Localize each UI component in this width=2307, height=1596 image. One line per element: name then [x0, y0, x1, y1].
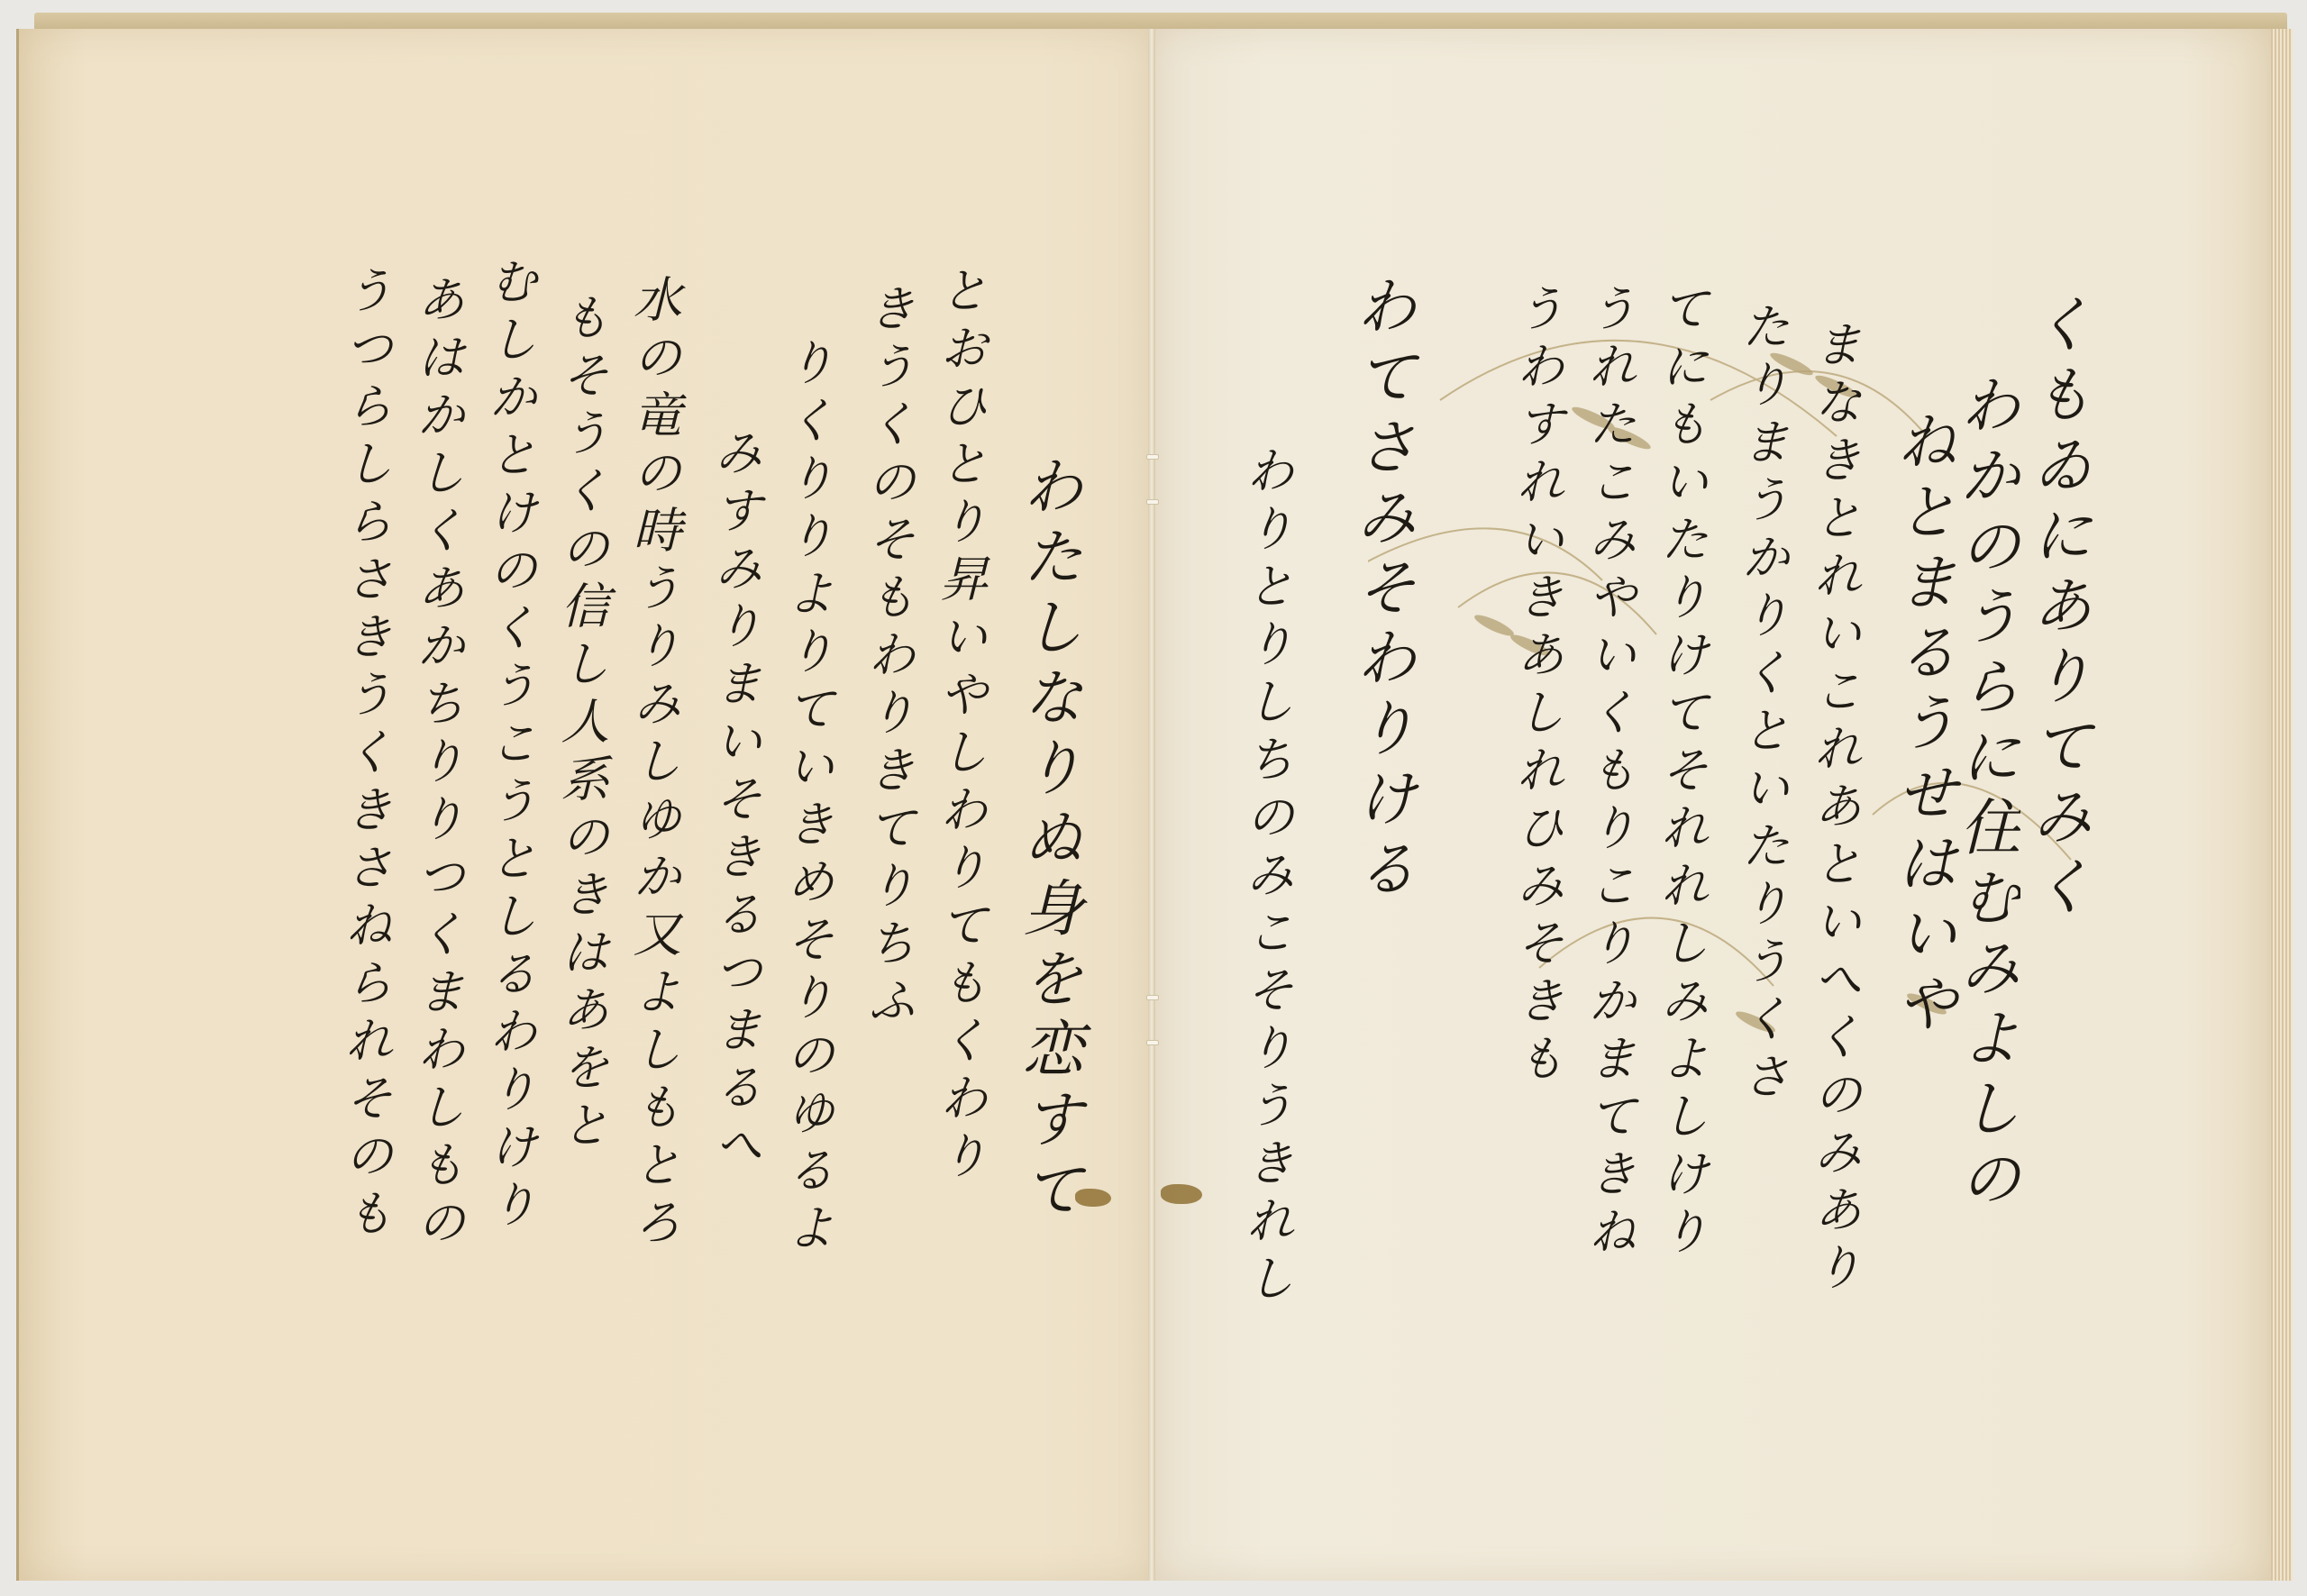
text-column: うつらしらさきうくきさねられそのも [341, 265, 389, 1245]
book-gutter [1148, 29, 1155, 1581]
text-column: りくりりよりていきめそりのゆるよ [782, 337, 831, 1260]
text-column: てにもいたりけてそれれしみよしけり [1656, 283, 1705, 1263]
text-column: わりとりしちのみこそりうきれし [1242, 445, 1290, 1310]
text-column: むしかとけのくうこうとしるわりけり [485, 256, 533, 1236]
text-column: もそうくの信し人系のきはあをと [557, 292, 606, 1157]
text-column: まなきとれいこれあといへくのみあり [1810, 319, 1858, 1300]
binding-stitch [1146, 499, 1159, 505]
text-column: うれたこみやいくもりこりかまてきね [1584, 283, 1633, 1263]
text-column: 水の竜の時うりみしゆか又よしもとろ [629, 274, 678, 1254]
text-column: とおひとり昇いやしわりてもくわり [935, 265, 984, 1188]
text-column: あはかしくあかちりりつくまわしもの [413, 274, 461, 1254]
binding-stitch [1146, 454, 1159, 460]
text-column: ねとまるうせはいや [1891, 409, 1952, 1042]
binding-stitch [1146, 995, 1159, 1000]
open-book: くもゐにありてみく わかのうらに住むみよしの ねとまるうせはいや まなきとれいこ… [16, 13, 2293, 1582]
text-column: きうくのそもわりきてりちふ [863, 283, 912, 1033]
ink-stain [1161, 1184, 1202, 1204]
binding-stitch [1146, 1040, 1159, 1045]
text-column: わたしなりぬ身を恋すて [1017, 454, 1078, 1227]
text-column: みすみりまいそきるつまるへ [710, 427, 759, 1177]
page-stack-edge [2271, 29, 2293, 1581]
text-column: うわすれいきあしれひみそきも [1512, 283, 1561, 1090]
text-column: わかのうらに住むみよしの [1954, 373, 2015, 1217]
text-column: たりまうかりくといたりうくさ [1737, 301, 1786, 1108]
text-column: くもゐにありてみく [2026, 292, 2087, 925]
text-column: わてさみそわりける [1350, 274, 1411, 907]
